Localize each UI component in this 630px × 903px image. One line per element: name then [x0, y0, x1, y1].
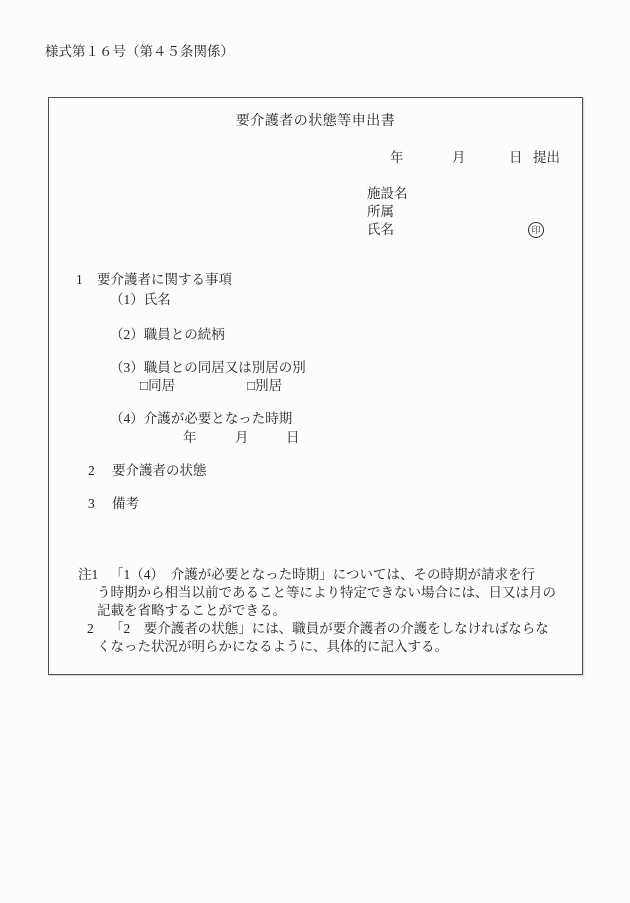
care-year-label: 年: [183, 430, 197, 446]
section3-heading: 備考: [112, 496, 139, 512]
separate-option-label: 別居: [255, 378, 282, 393]
form-number: 様式第１６号（第４５条関係）: [45, 44, 234, 60]
submit-month-label: 月: [452, 150, 466, 166]
section1-number: 1: [76, 272, 83, 288]
note2-line1: 「2 要介護者の状態」には、職員が要介護者の介護をしなければならな: [110, 621, 549, 637]
note1-line2: う時期から相当以前であること等により特定できない場合には、日又は月の: [97, 585, 556, 601]
document-page: 様式第１６号（第４５条関係） 要介護者の状態等申出書 年 月 日 提出 施設名 …: [0, 0, 630, 903]
section3-number: 3: [88, 496, 95, 512]
care-month-label: 月: [235, 430, 249, 446]
section1-item4-care-period: （4）介護が必要となった時期: [110, 411, 292, 427]
note2-label: 2: [87, 621, 94, 637]
section2-number: 2: [88, 463, 95, 479]
section1-heading: 要介護者に関する事項: [97, 272, 232, 288]
checkbox-icon[interactable]: □: [140, 378, 148, 393]
name-label: 氏名: [367, 222, 394, 238]
note1-label: 注1: [78, 567, 98, 583]
section1-item1-name: （1）氏名: [110, 292, 171, 308]
cohabit-option-label: 同居: [148, 378, 175, 393]
note2-line2: くなった状況が明らかになるように、具体的に記入する。: [97, 639, 448, 655]
cohabit-option: □同居: [140, 378, 175, 394]
submit-label: 提出: [533, 150, 560, 166]
section1-item2-relationship: （2）職員との続柄: [110, 327, 225, 343]
note1-line3: 記載を省略することができる。: [97, 603, 286, 619]
section1-item3-living-arrangement: （3）職員との同居又は別居の別: [110, 360, 306, 376]
submit-day-label: 日: [509, 150, 523, 166]
care-day-label: 日: [286, 430, 300, 446]
facility-name-label: 施設名: [367, 186, 408, 202]
affiliation-label: 所属: [367, 204, 394, 220]
note1-line1: 「1（4） 介護が必要となった時期」については、その時期が請求を行: [110, 567, 535, 583]
form-title: 要介護者の状態等申出書: [49, 114, 582, 130]
seal-icon: 印: [528, 222, 544, 238]
submit-year-label: 年: [390, 150, 404, 166]
separate-option: □別居: [247, 378, 282, 394]
section2-heading: 要介護者の状態: [112, 463, 207, 479]
checkbox-icon[interactable]: □: [247, 378, 255, 393]
form-box: 要介護者の状態等申出書 年 月 日 提出 施設名 所属 氏名 印 1 要介護者に…: [48, 97, 583, 675]
